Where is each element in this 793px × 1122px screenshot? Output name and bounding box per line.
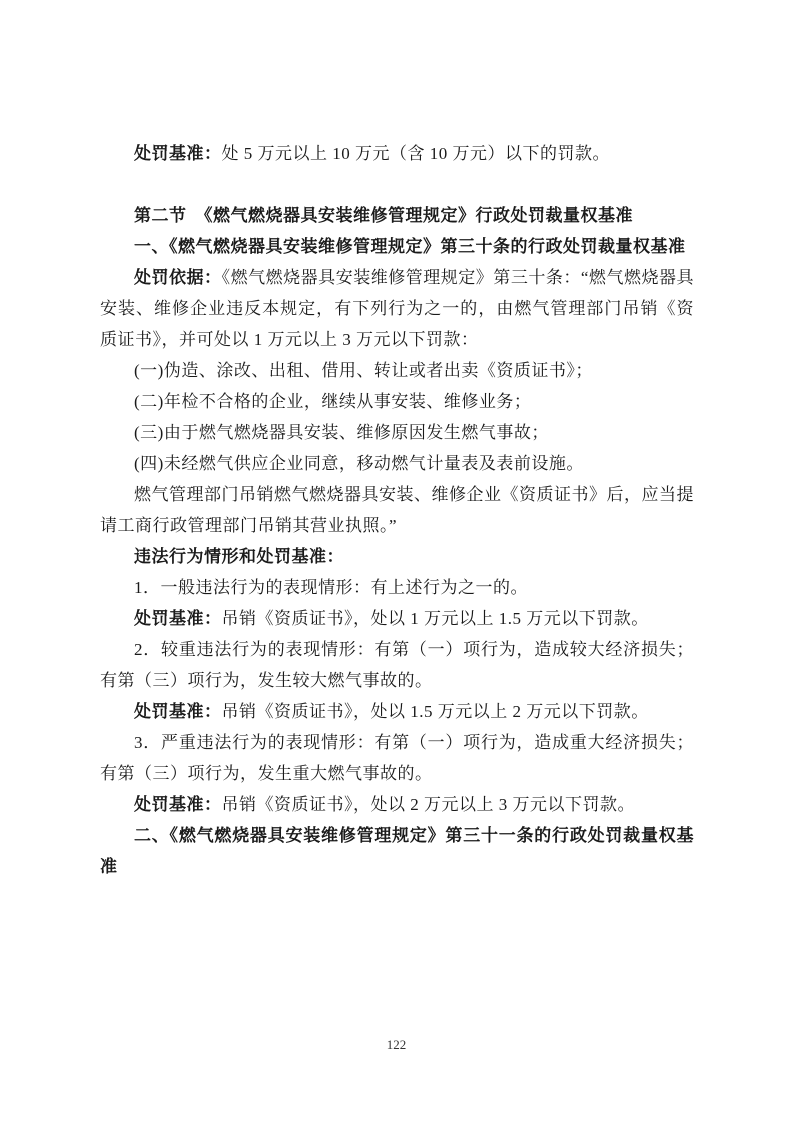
- paragraph-penalty-standard-3: 处罚基准：吊销《资质证书》，处以 2 万元以上 3 万元以下罚款。: [100, 789, 694, 820]
- paragraph-text: 2．较重违法行为的表现情形：有第（一）项行为，造成较大经济损失；有第（三）项行为…: [100, 640, 694, 690]
- paragraph-case-3: 3．严重违法行为的表现情形：有第（一）项行为，造成重大经济损失；有第（三）项行为…: [100, 727, 694, 789]
- paragraph-label: 处罚基准：: [134, 144, 222, 163]
- paragraph-text: 3．严重违法行为的表现情形：有第（一）项行为，造成重大经济损失；有第（三）项行为…: [100, 733, 694, 783]
- paragraph-label: 处罚基准：: [134, 702, 222, 721]
- list-item-text: (一)伪造、涂改、出租、借用、转让或者出卖《资质证书》；: [134, 361, 593, 380]
- paragraph-case-1: 1．一般违法行为的表现情形：有上述行为之一的。: [100, 572, 694, 603]
- paragraph-penalty-basis: 处罚依据：《燃气燃烧器具安装维修管理规定》第三十条：“燃气燃烧器具安装、维修企业…: [100, 262, 694, 355]
- subsection-heading-text: 一、《燃气燃烧器具安装维修管理规定》第三十条的行政处罚裁量权基准: [134, 237, 686, 256]
- subsection-heading-text: 二、《燃气燃烧器具安装维修管理规定》第三十一条的行政处罚裁量权基准: [100, 826, 694, 876]
- paragraph-label: 处罚基准：: [134, 795, 222, 814]
- paragraph-penalty-standard-intro: 处罚基准：处 5 万元以上 10 万元（含 10 万元）以下的罚款。: [100, 138, 694, 169]
- paragraph-text: 吊销《资质证书》，处以 2 万元以上 3 万元以下罚款。: [222, 795, 636, 814]
- page-number: 122: [387, 1037, 407, 1052]
- paragraph-case-2: 2．较重违法行为的表现情形：有第（一）项行为，造成较大经济损失；有第（三）项行为…: [100, 634, 694, 696]
- paragraph-text: 燃气管理部门吊销燃气燃烧器具安装、维修企业《资质证书》后，应当提请工商行政管理部…: [100, 485, 694, 535]
- paragraph-text: 吊销《资质证书》，处以 1 万元以上 1.5 万元以下罚款。: [222, 609, 649, 628]
- list-item-3: (三)由于燃气燃烧器具安装、维修原因发生燃气事故；: [100, 417, 694, 448]
- paragraph-text: 吊销《资质证书》，处以 1.5 万元以上 2 万元以下罚款。: [222, 702, 649, 721]
- subsection-heading-article-30: 一、《燃气燃烧器具安装维修管理规定》第三十条的行政处罚裁量权基准: [100, 231, 694, 262]
- paragraph-label: 处罚依据：: [134, 268, 222, 287]
- document-page: 处罚基准：处 5 万元以上 10 万元（含 10 万元）以下的罚款。 第二节 《…: [0, 0, 793, 1122]
- heading-text: 违法行为情形和处罚基准：: [134, 547, 344, 566]
- paragraph-text: 1．一般违法行为的表现情形：有上述行为之一的。: [134, 578, 528, 597]
- list-item-4: (四)未经燃气供应企业同意，移动燃气计量表及表前设施。: [100, 448, 694, 479]
- paragraph-text: 处 5 万元以上 10 万元（含 10 万元）以下的罚款。: [222, 144, 611, 163]
- paragraph-penalty-standard-2: 处罚基准：吊销《资质证书》，处以 1.5 万元以上 2 万元以下罚款。: [100, 696, 694, 727]
- list-item-text: (四)未经燃气供应企业同意，移动燃气计量表及表前设施。: [134, 454, 584, 473]
- paragraph-penalty-standard-1: 处罚基准：吊销《资质证书》，处以 1 万元以上 1.5 万元以下罚款。: [100, 603, 694, 634]
- section-heading: 第二节 《燃气燃烧器具安装维修管理规定》行政处罚裁量权基准: [100, 200, 694, 231]
- list-item-text: (三)由于燃气燃烧器具安装、维修原因发生燃气事故；: [134, 423, 549, 442]
- list-item-text: (二)年检不合格的企业，继续从事安装、维修业务；: [134, 392, 531, 411]
- paragraph-label: 处罚基准：: [134, 609, 222, 628]
- subsection-heading-article-31: 二、《燃气燃烧器具安装维修管理规定》第三十一条的行政处罚裁量权基准: [100, 820, 694, 882]
- page-footer: 122: [0, 1036, 793, 1054]
- heading-violation-cases: 违法行为情形和处罚基准：: [100, 541, 694, 572]
- section-heading-text: 第二节 《燃气燃烧器具安装维修管理规定》行政处罚裁量权基准: [134, 206, 633, 225]
- paragraph-revocation-note: 燃气管理部门吊销燃气燃烧器具安装、维修企业《资质证书》后，应当提请工商行政管理部…: [100, 479, 694, 541]
- list-item-2: (二)年检不合格的企业，继续从事安装、维修业务；: [100, 386, 694, 417]
- document-body: 处罚基准：处 5 万元以上 10 万元（含 10 万元）以下的罚款。 第二节 《…: [100, 138, 694, 882]
- list-item-1: (一)伪造、涂改、出租、借用、转让或者出卖《资质证书》；: [100, 355, 694, 386]
